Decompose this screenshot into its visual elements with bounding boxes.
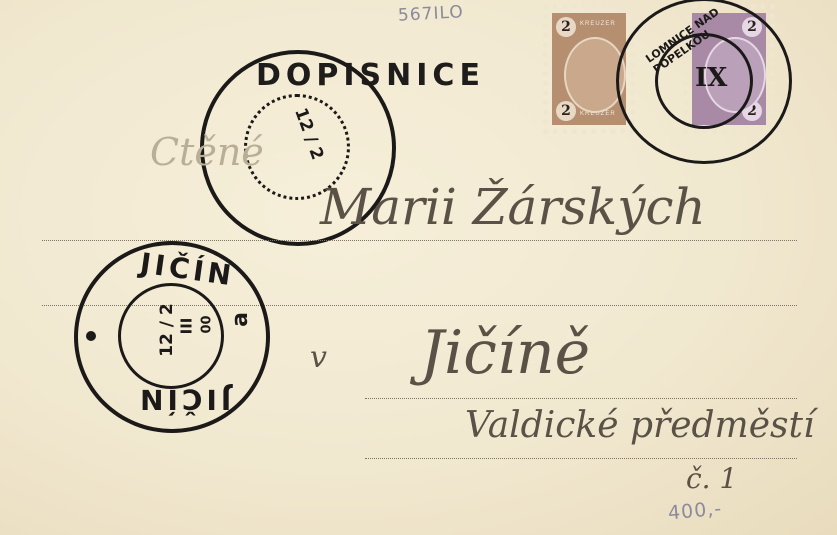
postmark-star-icon [86, 331, 96, 341]
postmark-year: 00 [200, 315, 215, 333]
address-line-4 [365, 458, 797, 459]
postmark-jicin-left: JIČÍN JIČÍN 12 / 2 III 00 a [74, 241, 270, 433]
preposition: v [310, 340, 327, 375]
postcard: 567ILO 2 2 KREUZER KREUZER 2 2 IX LOMNIC… [0, 0, 837, 535]
stamp-currency: KREUZER [580, 21, 616, 27]
street: Valdické předměstí [465, 405, 814, 446]
postmark-month: IX [695, 63, 727, 93]
postmark-town: JIČÍN [136, 383, 231, 416]
postmark-suffix: a [228, 312, 253, 327]
address-line-1 [42, 240, 797, 241]
house-number: č. 1 [686, 462, 737, 495]
address-line-3 [365, 398, 797, 399]
postmark-date: 12 / 2 [157, 303, 177, 357]
postmark-month: III [177, 318, 195, 335]
stamp-value: 2 [556, 17, 576, 37]
pencil-price: 400,- [667, 498, 723, 525]
recipient-name: Marii Žárských [320, 178, 706, 236]
printed-salutation: Ctěné [150, 130, 264, 174]
stamp-value: 2 [556, 101, 576, 121]
postmark-lomnice: IX LOMNICE NAD POPELKOU [616, 0, 792, 164]
city: Jičíně [420, 318, 590, 388]
pencil-catalog-note: 567ILO [398, 2, 465, 25]
